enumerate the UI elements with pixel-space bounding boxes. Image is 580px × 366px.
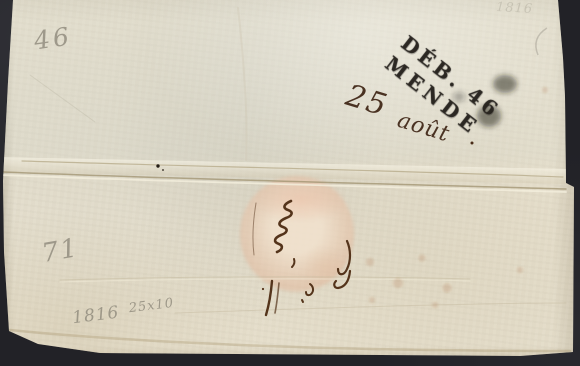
pencil-mark-middle-left: 71 — [40, 233, 82, 269]
letter-paper: DÉB. 46 MENDE 25août 46 71 181625x10 181… — [0, 0, 580, 366]
fold-crease-lines — [2, 8, 570, 351]
ink-showthrough — [253, 201, 350, 315]
paper-specks — [156, 142, 473, 291]
pencil-curve-mark — [536, 28, 547, 55]
photo-background: DÉB. 46 MENDE 25août 46 71 181625x10 181… — [0, 0, 580, 366]
pencil-mark-faint-year: 1816 — [496, 0, 534, 17]
pencil-mark-top-left: 46 — [32, 22, 73, 56]
